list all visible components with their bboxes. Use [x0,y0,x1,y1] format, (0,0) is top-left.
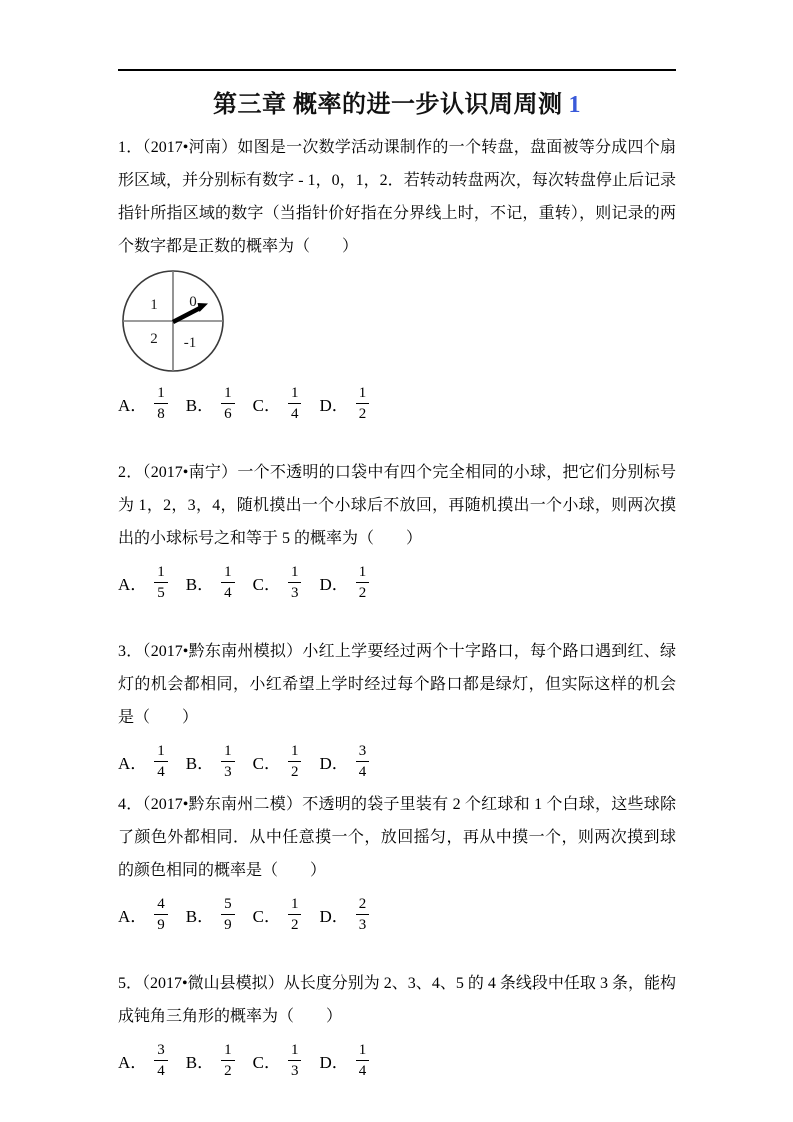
question-3: 3．（2017•黔东南州模拟）小红上学要经过两个十字路口，每个路口遇到红、绿灯的… [118,635,676,784]
option-a: A．18 [118,384,168,423]
option-label: A． [118,902,147,927]
option-label: C． [253,902,281,927]
header-rule [118,69,676,71]
question-text: 4．（2017•黔东南州二模）不透明的袋子里装有 2 个红球和 1 个白球，这些… [118,788,676,887]
option-label: A． [118,391,147,416]
fraction-numerator: 2 [356,895,370,915]
question-1: 1．（2017•河南）如图是一次数学活动课制作的一个转盘，盘面被等分成四个扇形区… [118,131,676,426]
fraction-denominator: 4 [291,404,299,423]
fraction: 13 [221,742,235,781]
fraction-numerator: 1 [356,563,370,583]
option-a: A．15 [118,563,168,602]
fraction-numerator: 1 [221,742,235,762]
option-d: D．14 [319,1041,369,1080]
fraction-numerator: 1 [288,384,302,404]
option-label: B． [186,902,214,927]
fraction: 34 [154,1041,168,1080]
fraction: 34 [356,742,370,781]
fraction-numerator: 1 [154,742,168,762]
option-label: C． [253,570,281,595]
document-page: 第三章 概率的进一步认识周周测1 1．（2017•河南）如图是一次数学活动课制作… [0,0,793,1122]
option-label: D． [319,391,348,416]
fraction-denominator: 3 [291,1061,299,1080]
option-b: B．14 [186,563,235,602]
fraction-denominator: 3 [291,583,299,602]
fraction-denominator: 2 [224,1061,232,1080]
question-5: 5．（2017•微山县模拟）从长度分别为 2、3、4、5 的 4 条线段中任取 … [118,967,676,1083]
page-title-number: 1 [569,92,582,118]
option-b: B．16 [186,384,235,423]
fraction: 14 [356,1041,370,1080]
fraction-numerator: 3 [154,1041,168,1061]
option-a: A．34 [118,1041,168,1080]
option-label: B． [186,391,214,416]
fraction-denominator: 6 [224,404,232,423]
option-c: C．12 [253,895,302,934]
fraction-denominator: 3 [359,915,367,934]
fraction-denominator: 9 [224,915,232,934]
fraction: 12 [356,563,370,602]
fraction-denominator: 9 [157,915,165,934]
question-text: 5．（2017•微山县模拟）从长度分别为 2、3、4、5 的 4 条线段中任取 … [118,967,676,1033]
fraction-denominator: 3 [224,762,232,781]
option-label: D． [319,570,348,595]
spinner-label-bottom-right: -1 [184,335,197,351]
options-row: A．34 B．12 C．13 D．14 [118,1037,676,1083]
fraction-numerator: 1 [154,384,168,404]
option-label: B． [186,1048,214,1073]
spinner-svg: 1 0 2 -1 [118,266,230,376]
option-label: C． [253,749,281,774]
option-label: D． [319,902,348,927]
options-row: A．15 B．14 C．13 D．12 [118,559,676,605]
option-label: C． [253,1048,281,1073]
fraction-numerator: 4 [154,895,168,915]
fraction: 14 [288,384,302,423]
fraction: 59 [221,895,235,934]
option-label: C． [253,391,281,416]
spinner-figure: 1 0 2 -1 [118,266,676,376]
fraction-denominator: 2 [291,762,299,781]
fraction: 18 [154,384,168,423]
question-2: 2．（2017•南宁）一个不透明的口袋中有四个完全相同的小球，把它们分别标号为 … [118,456,676,605]
fraction-numerator: 1 [221,384,235,404]
fraction-denominator: 5 [157,583,165,602]
fraction-numerator: 1 [356,1041,370,1061]
page-content: 第三章 概率的进一步认识周周测1 1．（2017•河南）如图是一次数学活动课制作… [0,69,793,1083]
fraction: 12 [288,895,302,934]
option-c: C．13 [253,563,302,602]
page-title: 第三章 概率的进一步认识周周测1 [118,89,676,121]
option-a: A．49 [118,895,168,934]
question-4: 4．（2017•黔东南州二模）不透明的袋子里装有 2 个红球和 1 个白球，这些… [118,788,676,937]
option-a: A．14 [118,742,168,781]
fraction: 23 [356,895,370,934]
fraction-numerator: 5 [221,895,235,915]
option-b: B．12 [186,1041,235,1080]
option-b: B．59 [186,895,235,934]
fraction-numerator: 1 [356,384,370,404]
fraction-denominator: 4 [359,1061,367,1080]
page-title-text: 第三章 概率的进一步认识周周测 [213,92,563,118]
fraction: 12 [221,1041,235,1080]
option-c: C．14 [253,384,302,423]
fraction-numerator: 1 [288,895,302,915]
fraction: 14 [154,742,168,781]
fraction: 16 [221,384,235,423]
spinner-label-bottom-left: 2 [150,331,158,347]
fraction: 15 [154,563,168,602]
fraction-numerator: 3 [356,742,370,762]
option-label: B． [186,749,214,774]
question-text: 1．（2017•河南）如图是一次数学活动课制作的一个转盘，盘面被等分成四个扇形区… [118,131,676,263]
fraction-denominator: 4 [359,762,367,781]
fraction-denominator: 4 [224,583,232,602]
fraction-numerator: 1 [288,563,302,583]
option-label: A． [118,570,147,595]
fraction-denominator: 2 [291,915,299,934]
option-d: D．23 [319,895,369,934]
option-d: D．12 [319,563,369,602]
option-c: C．12 [253,742,302,781]
fraction-numerator: 1 [288,742,302,762]
fraction: 13 [288,563,302,602]
fraction-denominator: 2 [359,583,367,602]
fraction-denominator: 2 [359,404,367,423]
option-b: B．13 [186,742,235,781]
options-row: A．18 B．16 C．14 D．12 [118,380,676,426]
fraction-denominator: 4 [157,1061,165,1080]
fraction-numerator: 1 [288,1041,302,1061]
option-label: A． [118,749,147,774]
fraction-numerator: 1 [154,563,168,583]
spinner-label-top-left: 1 [150,297,158,313]
fraction-numerator: 1 [221,1041,235,1061]
options-row: A．14 B．13 C．12 D．34 [118,738,676,784]
fraction: 12 [356,384,370,423]
fraction-denominator: 8 [157,404,165,423]
fraction: 49 [154,895,168,934]
option-c: C．13 [253,1041,302,1080]
question-text: 3．（2017•黔东南州模拟）小红上学要经过两个十字路口，每个路口遇到红、绿灯的… [118,635,676,734]
option-label: A． [118,1048,147,1073]
fraction: 12 [288,742,302,781]
option-label: D． [319,1048,348,1073]
fraction: 13 [288,1041,302,1080]
option-label: D． [319,749,348,774]
option-label: B． [186,570,214,595]
question-text: 2．（2017•南宁）一个不透明的口袋中有四个完全相同的小球，把它们分别标号为 … [118,456,676,555]
option-d: D．12 [319,384,369,423]
fraction-denominator: 4 [157,762,165,781]
fraction-numerator: 1 [221,563,235,583]
spinner-label-top-right: 0 [189,294,197,310]
option-d: D．34 [319,742,369,781]
fraction: 14 [221,563,235,602]
options-row: A．49 B．59 C．12 D．23 [118,891,676,937]
